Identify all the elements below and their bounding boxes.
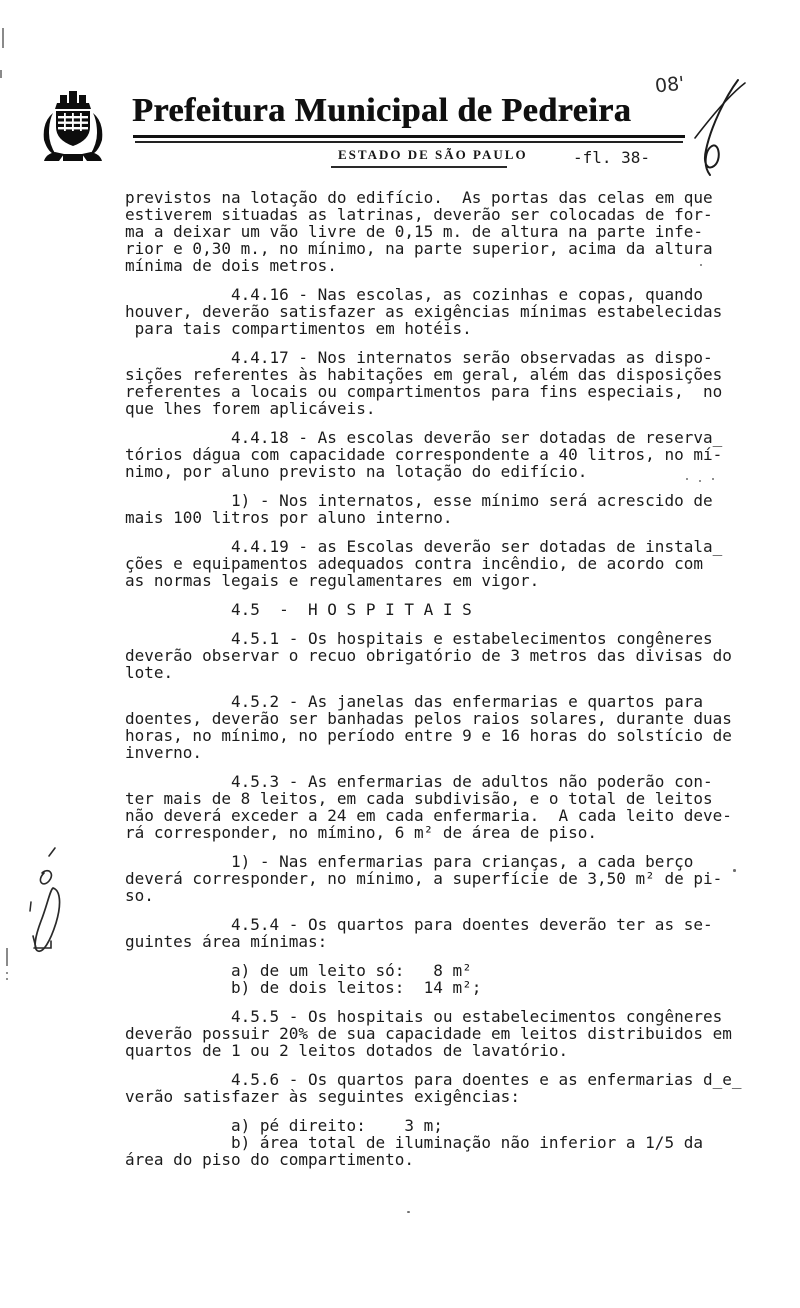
scan-edge-mark: [0, 70, 2, 78]
page-number: -fl. 38-: [573, 148, 650, 167]
handwritten-folio-number: 08': [654, 73, 686, 98]
scan-speck: [686, 478, 688, 480]
scan-speck: [6, 978, 8, 980]
paragraph-intro: previstos na lotação do edifício. As por…: [125, 189, 745, 274]
document-title: Prefeitura Municipal de Pedreira: [132, 92, 692, 130]
heading-4-5-hospitais: 4.5 - H O S P I T A I S: [125, 601, 745, 618]
scan-speck: [6, 972, 8, 974]
subtitle-underline: [331, 166, 507, 168]
list-4-5-4-items: a) de um leito só: 8 m² b) de dois leito…: [125, 962, 745, 996]
title-underline-thin: [135, 141, 683, 143]
signature-flourish-icon: [688, 76, 748, 182]
coat-of-arms-icon: [36, 90, 110, 164]
scan-speck: [407, 1211, 410, 1213]
paragraph-4-5-5: 4.5.5 - Os hospitais ou estabelecimentos…: [125, 1008, 745, 1059]
margin-pen-mark-icon: [22, 846, 68, 954]
scan-edge-mark: [6, 948, 8, 966]
document-subtitle: ESTADO DE SÃO PAULO: [338, 147, 528, 163]
paragraph-4-4-18: 4.4.18 - As escolas deverão ser dotadas …: [125, 429, 745, 480]
document-body: previstos na lotação do edifício. As por…: [125, 189, 745, 1180]
scan-speck: [699, 480, 701, 482]
scan-edge-mark: [2, 28, 4, 48]
title-underline-thick: [133, 135, 685, 138]
paragraph-4-5-3: 4.5.3 - As enfermarias de adultos não po…: [125, 773, 745, 841]
scan-speck: [733, 869, 736, 872]
paragraph-4-5-4: 4.5.4 - Os quartos para doentes deverão …: [125, 916, 745, 950]
paragraph-4-5-1: 4.5.1 - Os hospitais e estabelecimentos …: [125, 630, 745, 681]
paragraph-4-4-16: 4.4.16 - Nas escolas, as cozinhas e copa…: [125, 286, 745, 337]
paragraph-4-4-17: 4.4.17 - Nos internatos serão observadas…: [125, 349, 745, 417]
paragraph-4-5-2: 4.5.2 - As janelas das enfermarias e qua…: [125, 693, 745, 761]
paragraph-4-5-3-item-1: 1) - Nas enfermarias para crianças, a ca…: [125, 853, 745, 904]
paragraph-4-5-6: 4.5.6 - Os quartos para doentes e as enf…: [125, 1071, 745, 1105]
scan-speck: [712, 478, 714, 480]
scanned-document-page: Prefeitura Municipal de Pedreira ESTADO …: [0, 0, 800, 1308]
list-4-5-6-items: a) pé direito: 3 m; b) área total de ilu…: [125, 1117, 745, 1168]
paragraph-4-4-18-item-1: 1) - Nos internatos, esse mínimo será ac…: [125, 492, 745, 526]
scan-speck: [700, 264, 702, 266]
paragraph-4-4-19: 4.4.19 - as Escolas deverão ser dotadas …: [125, 538, 745, 589]
